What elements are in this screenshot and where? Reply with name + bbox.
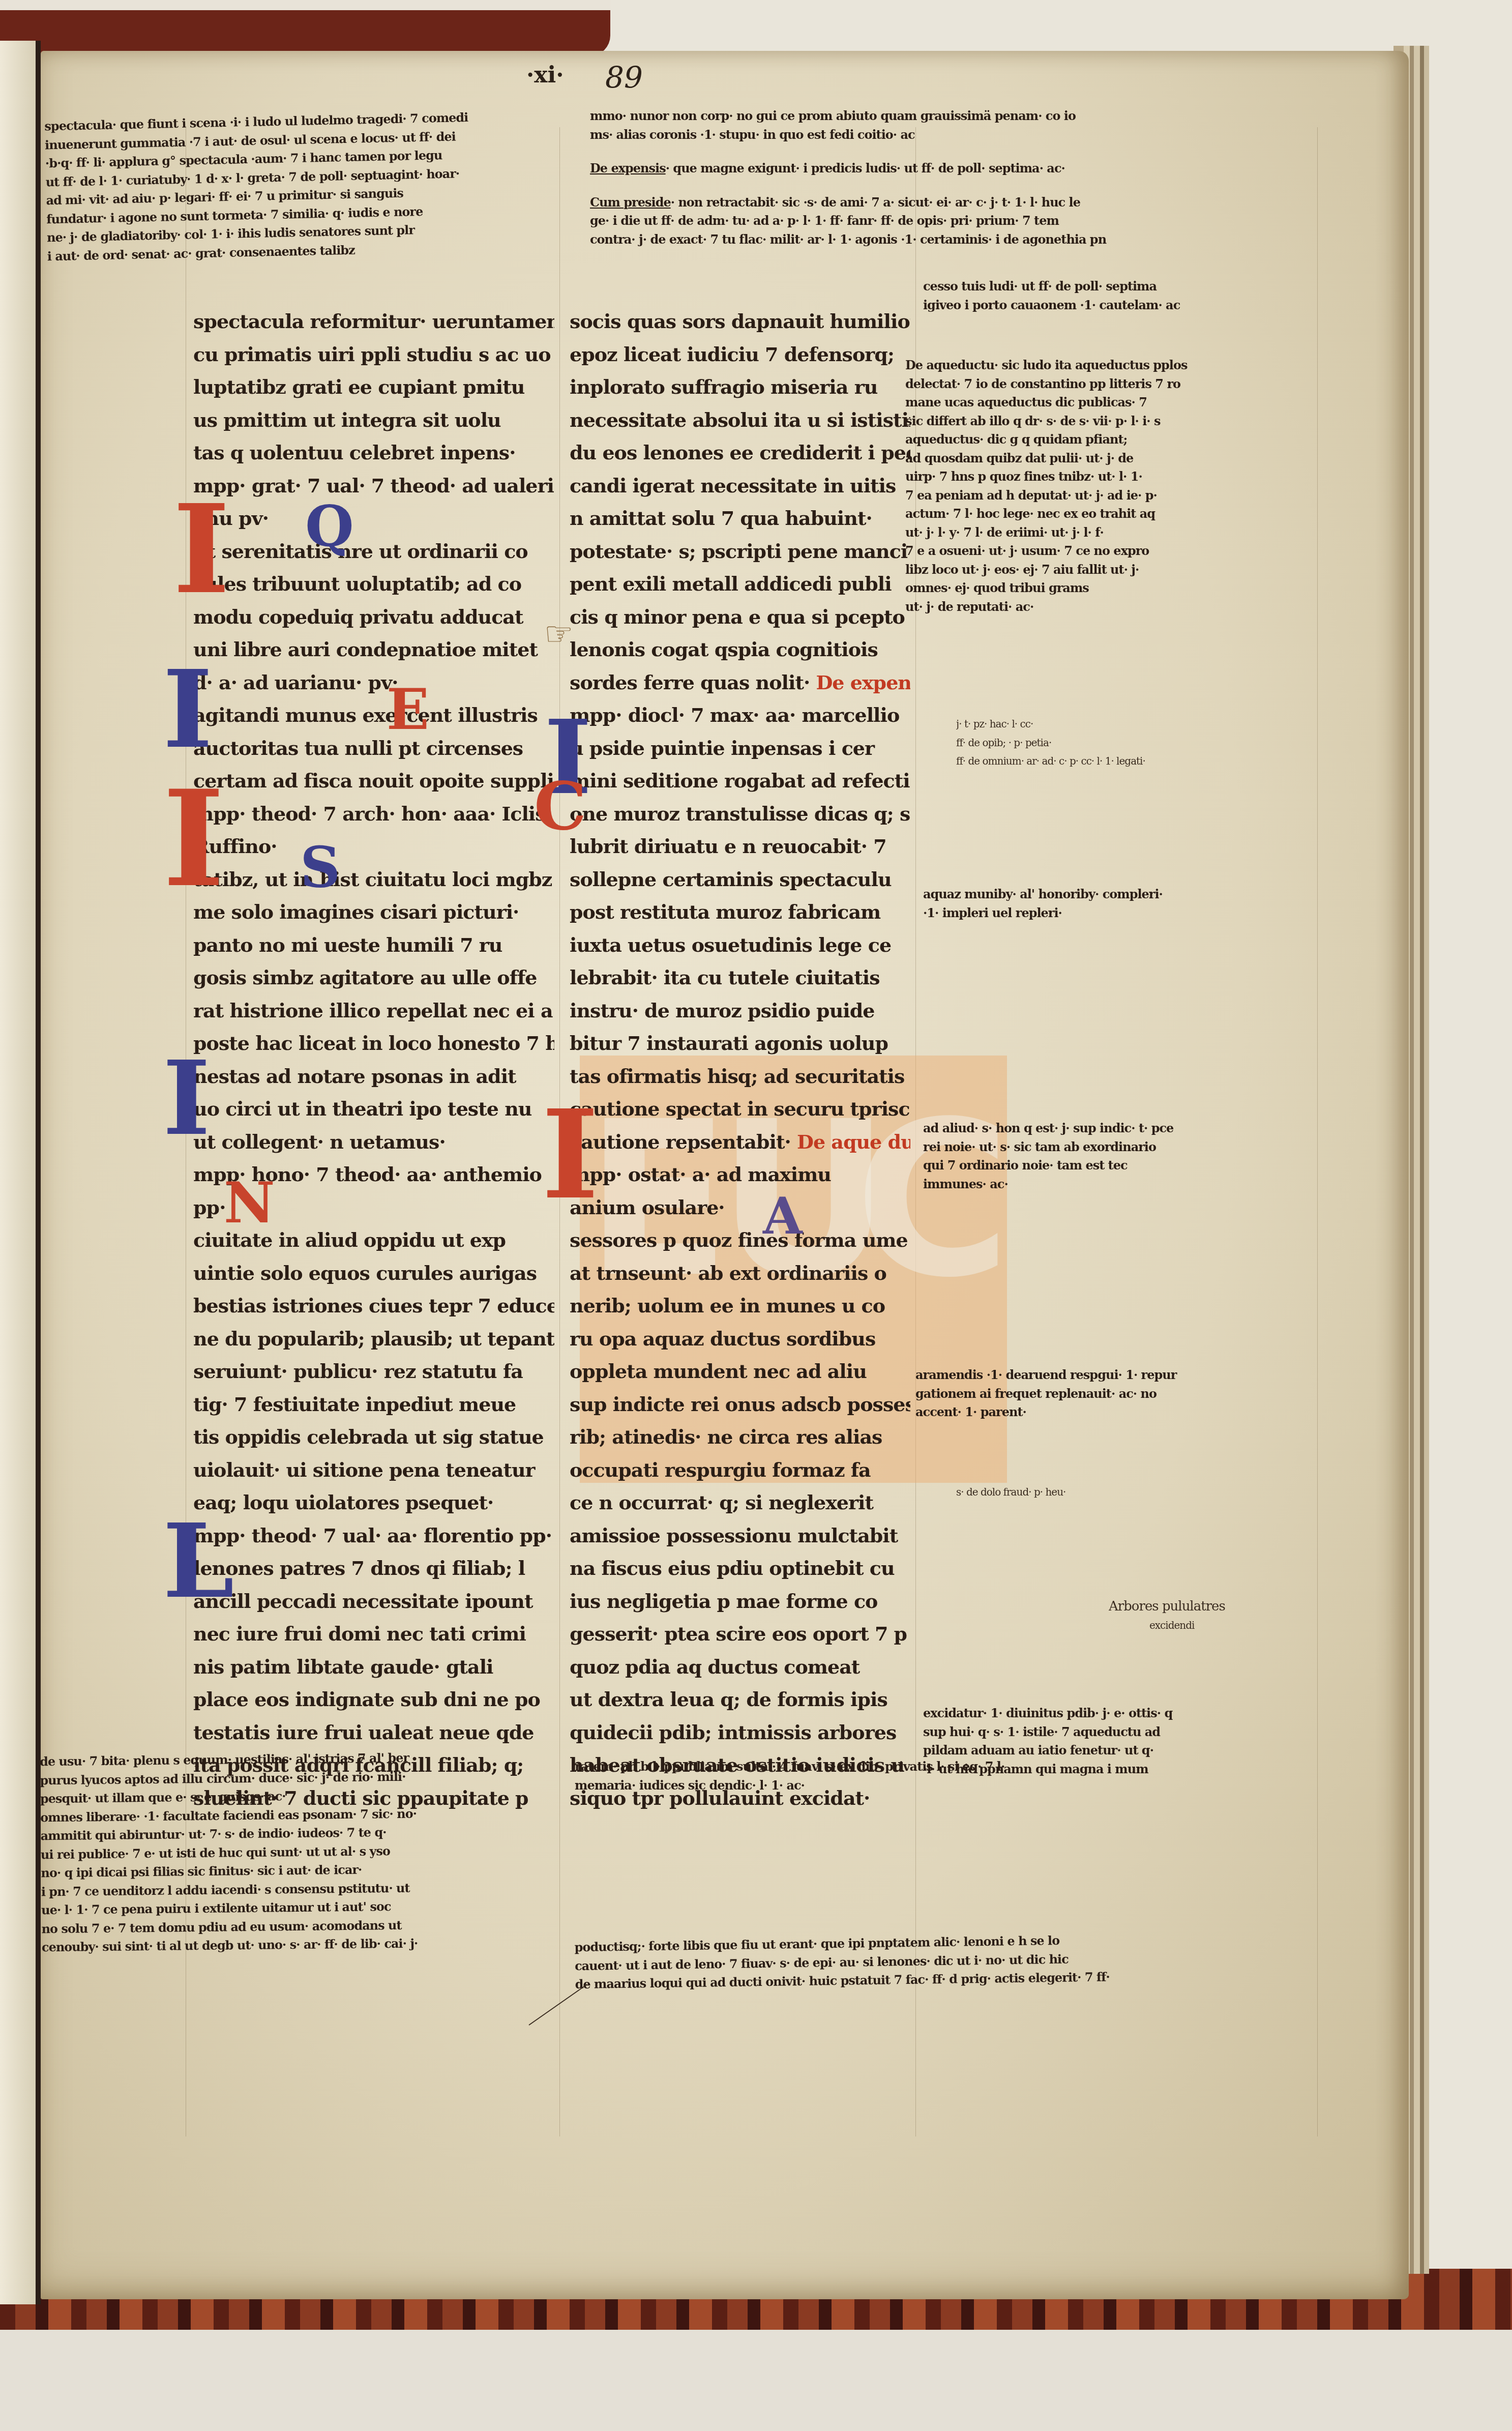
gloss-line: aqueductus· dic g q quidam pfiant;: [905, 430, 1312, 449]
gloss-line: immunes· ac·: [923, 1175, 1320, 1194]
text-line: bitur 7 instaurati agonis uolup: [570, 1027, 910, 1060]
text-line: ne du popularib; plausib; ut tepant: [193, 1323, 554, 1356]
text-line: occupati respurgiu formaz fa: [570, 1454, 910, 1487]
text-line: cautione repsentabit·: [570, 1130, 791, 1153]
text-line: tig· 7 festiuitate inpediut meue: [193, 1388, 554, 1421]
binding-top-edge: [0, 0, 610, 56]
gloss-line: omnes· ej· quod tribui grams: [905, 579, 1312, 598]
note-line: s· de dolo fraud· p· heu·: [956, 1483, 1210, 1502]
text-line: luptatibz grati ee cupiant pmitu: [193, 371, 554, 404]
text-line: necessitate absolui ita u si ististin: [570, 404, 910, 437]
text-line: me solo imagines cisari picturi·: [193, 896, 554, 929]
text-line: Ruffino·: [193, 830, 554, 863]
allegation-line: ff· de opib; · p· petia·: [956, 734, 1261, 752]
initial-i-red-2: I: [163, 773, 225, 905]
gloss-line: ms· alias coronis ·1· stupu· in quo est …: [590, 126, 1353, 144]
gloss-line: aquaz muniby· al' honoriby· compleri·: [923, 885, 1320, 904]
text-line: mpp· grat· 7 ual· 7 theod· ad ualeri: [193, 470, 554, 503]
gloss-line: mane ucas aqueductus dic publicas· 7: [905, 393, 1312, 412]
text-line: gesserit· ptea scire eos oport 7 p: [570, 1618, 910, 1651]
text-line: bestias istriones ciues tepr 7 educe: [193, 1290, 554, 1323]
gloss-line: sic differt ab illo q dr· s· de s· vii· …: [905, 412, 1312, 431]
text-line: mpp· theod· 7 arch· hon· aaa· Iclis: [193, 798, 554, 831]
gloss-line: qui 7 ordinario noie· tam est tec: [923, 1156, 1320, 1175]
text-line: epoz liceat iudiciu 7 defensorq;: [570, 338, 910, 371]
gloss-line: delectat· 7 io de constantino pp litteri…: [905, 375, 1312, 394]
text-line: d· a· ad uarianu· pv·: [193, 666, 554, 699]
text-line: ut collegent· n uetamus·: [193, 1126, 554, 1159]
text-line: anium osulare·: [570, 1191, 910, 1224]
gloss-top-left: spectacula· que fiunt i scena ·i· i ludo…: [44, 107, 551, 266]
text-line: sordes ferre quas nolit·: [570, 671, 810, 694]
initial-c-red: C: [534, 773, 586, 839]
text-line: n amittat solu 7 qua habuint·: [570, 502, 910, 535]
gloss-top-right: mmo· nunor non corp· no gui ce prom abiu…: [590, 107, 1353, 249]
text-line: mpp· diocl· 7 max· aa· marcellio: [570, 699, 910, 732]
text-line: nec iure frui domi nec tati crimi: [193, 1618, 554, 1651]
gloss-line: ge· i die ut ff· de adm· tu· ad a· p· l·…: [590, 212, 1353, 230]
gloss-line: ut· j· l· y· 7 l· de eriimi· ut· j· l· f…: [905, 523, 1312, 542]
text-line: inplorato suffragio miseria ru: [570, 371, 910, 404]
text-line: lebrabit· ita cu tutele ciuitatis: [570, 961, 910, 994]
quire-mark: ·xi·: [526, 62, 564, 88]
gloss-bottom-right: poductisq;· forte libis que fiu ut erant…: [574, 1928, 1312, 1994]
text-line: at trnseunt· ab ext ordinariis o: [570, 1257, 910, 1290]
text-line: cu primatis uiri ppli studiu s ac uo: [193, 338, 554, 371]
text-line: gosis simbz agitatore au ulle offe: [193, 961, 554, 994]
text-line: rib; atinedis· ne circa res alias: [570, 1421, 910, 1454]
text-line: pent exili metall addicedi publi: [570, 568, 910, 601]
text-line: rat histrione illico repellat nec ei a: [193, 994, 554, 1028]
text-line: nis patim libtate gaude· gtali: [193, 1651, 554, 1684]
gloss-line: ut· j· de reputati· ac·: [905, 598, 1312, 617]
text-line: sules tribuunt uoluptatib; ad co: [193, 568, 554, 601]
gloss-right-block-2: De aqueductu· sic ludo ita aqueductus pp…: [905, 356, 1312, 616]
text-line: socis quas sors dapnauit humilior: [570, 305, 910, 338]
main-text-column-left: spectacula reformitur· ueruntamen cu pri…: [193, 305, 554, 1814]
text-line: agitandi munus exercent illustris: [193, 699, 554, 732]
gloss-line: ad aliud· s· hon q est· j· sup indic· t·…: [923, 1119, 1320, 1138]
facing-page-edge: [0, 41, 41, 2304]
text-line: ut dextra leua q; de formis ipis: [570, 1683, 910, 1716]
text-line: seruiunt· publicu· rez statutu fa: [193, 1355, 554, 1388]
text-line: lenones patres 7 dnos qi filiab; l: [193, 1552, 554, 1585]
text-line: sollepne certaminis spectaculu: [570, 863, 910, 896]
text-line: uo circi ut in theatri ipo teste nu: [193, 1093, 554, 1126]
text-line: quoz pdia aq ductus comeat: [570, 1651, 910, 1684]
text-line: tas q uolentuu celebret inpens·: [193, 436, 554, 470]
gloss-lemma: Cum preside: [590, 195, 671, 210]
allegation-line: ff· de omnium· ar· ad· c· p· cc· l· 1· l…: [956, 752, 1261, 771]
initial-n-red: N: [224, 1175, 275, 1231]
gloss-line: De aqueductu· sic ludo ita aqueductus pp…: [905, 356, 1312, 375]
gloss-line: libz loco ut· j· eos· ej· 7 aiu fallit u…: [905, 561, 1312, 579]
text-line: oppleta mundent nec ad aliu: [570, 1355, 910, 1388]
gloss-line: · que magne exigunt· i predicis ludis· u…: [666, 161, 1065, 175]
text-line: testatis iure frui ualeat neue qde: [193, 1716, 554, 1749]
gloss-line: aramendis ·1· dearuend respgui· 1· repur: [915, 1366, 1312, 1385]
text-line: ce n occurrat· q; si neglexerit: [570, 1486, 910, 1519]
text-line: post restituta muroz fabricam: [570, 896, 910, 929]
gloss-bottom-left: de usu· 7 bita· plenu s equum· uestilias…: [40, 1747, 550, 1957]
allegation-line: j· t· pz· hac· l· cc·: [956, 715, 1261, 734]
gloss-right-block-1: cesso tuis ludi· ut ff· de poll· septima…: [923, 277, 1320, 314]
initial-s-blue: S: [300, 839, 340, 895]
initial-i-blue-2: I: [163, 1048, 211, 1150]
text-line: modu copeduiq privatu adducat: [193, 601, 554, 634]
initial-i-blue: I: [163, 656, 213, 763]
text-line: uni libre auri condepnatioe mitet: [193, 633, 554, 666]
gloss-line: contra· j· de exact· 7 tu flac· milit· a…: [590, 230, 1353, 249]
gloss-line: accent· 1· parent·: [915, 1403, 1312, 1422]
gloss-line: uirp· 7 hns p quoz fines tnibz· ut· l· 1…: [905, 467, 1312, 486]
text-line: certam ad fisca nouit opoite suppli: [193, 765, 554, 798]
gloss-note-arbores: Arbores pululatres excidendi: [1109, 1597, 1312, 1634]
gloss-line: 7 ea peniam ad h deputat· ut· j· ad ie· …: [905, 486, 1312, 505]
note-line: excidendi: [1109, 1616, 1312, 1635]
gloss-line: rei noie· ut· s· sic tam ab exordinario: [923, 1138, 1320, 1157]
note-line: Arbores pululatres: [1109, 1597, 1312, 1616]
manicule-icon: ☞: [544, 616, 573, 653]
gloss-line: ad quosdam quibz dat pulii· ut· j· de: [905, 449, 1312, 468]
text-line: auctoritas tua nulli pt circenses: [193, 732, 554, 765]
gloss-line: ·1· impleri uel repleri·: [923, 904, 1320, 923]
text-line: amissioe possessionu mulctabit: [570, 1519, 910, 1553]
text-line: panto no mi ueste humili 7 ru: [193, 929, 554, 962]
gloss-line: 7 e a osueni· ut· j· usum· 7 ce no expro: [905, 542, 1312, 561]
text-line: potestate· s; pscripti pene manci: [570, 535, 910, 568]
text-line: sessores p quoz fines forma ume: [570, 1224, 910, 1257]
text-line: ancill peccadi necessitate ipount: [193, 1585, 554, 1618]
text-line: us pmittim ut integra sit uolu: [193, 404, 554, 437]
text-line: nestas ad notare psonas in adit: [193, 1060, 554, 1093]
text-line: tatibz, ut in hist ciuitatu loci mgbz: [193, 863, 554, 896]
gloss-line: cesso tuis ludi· ut ff· de poll· septima: [923, 277, 1320, 296]
gloss-right-block-5: aramendis ·1· dearuend respgui· 1· repur…: [915, 1366, 1312, 1422]
text-line: na fiscus eius pdiu optinebit cu: [570, 1552, 910, 1585]
gloss-allegations: j· t· pz· hac· l· cc· ff· de opib; · p· …: [956, 715, 1261, 771]
text-line: ut serenitatis nre ut ordinarii co: [193, 535, 554, 568]
rubric-de-expensis: De expensis ludorum: [816, 671, 910, 694]
text-line: mpp· theod· 7 ual· aa· florentio pp·: [193, 1519, 554, 1553]
gloss-bottom-right-top: ratem· ph b l· ppubliaum sultai· 4 fuav·…: [575, 1758, 1312, 1795]
text-line: lenonis cogat qspia cognitiois: [570, 633, 910, 666]
background-surface: [0, 2325, 1512, 2431]
gloss-line: · non retractabit· sic ·s· de ami· 7 a· …: [671, 195, 1080, 210]
gloss-line: sup hui· q· s· 1· istile· 7 aqueductu ad: [923, 1723, 1320, 1742]
main-text-column-middle: socis quas sors dapnauit humilior epoz l…: [570, 305, 910, 1814]
text-line: place eos indignate sub dni ne po: [193, 1683, 554, 1716]
text-line: nerib; uolum ee in munes u co: [570, 1290, 910, 1323]
text-line: mpp· ostat· a· ad maximu: [570, 1158, 910, 1191]
text-line: lubrit diriuatu e n reuocabit· 7: [570, 830, 910, 863]
gloss-right-block-3: aquaz muniby· al' honoriby· compleri· ·1…: [923, 885, 1320, 922]
text-line: mini seditione rogabat ad refecti: [570, 765, 910, 798]
text-line: tas ofirmatis hisq; ad securitatis: [570, 1060, 910, 1093]
text-line: cautione spectat in securu tprisca: [570, 1093, 910, 1126]
initial-q-blue: Q: [305, 499, 354, 554]
text-line: instru· de muroz psidio puide: [570, 994, 910, 1028]
text-line: uintie solo equos curules aurigas: [193, 1257, 554, 1290]
text-line: ru opa aquaz ductus sordibus: [570, 1323, 910, 1356]
initial-i-red: I: [173, 488, 230, 610]
gloss-note-dolo: s· de dolo fraud· p· heu·: [956, 1483, 1210, 1502]
text-line: spectacula reformitur· ueruntamen: [193, 305, 554, 338]
gloss-line: actum· 7 l· hoc lege· nec ex eo trahit a…: [905, 505, 1312, 523]
gloss-line: ratem· ph b l· ppubliaum sultai· 4 fuav·…: [575, 1758, 1312, 1776]
text-line: du eos lenones ee crediderit i pec: [570, 436, 910, 470]
gloss-line: mmo· nunor non corp· no gui ce prom abiu…: [590, 107, 1353, 126]
text-line: ius negligetia p mae forme co: [570, 1585, 910, 1618]
initial-i-red-middle: I: [542, 1094, 599, 1216]
initial-l-blue: L: [163, 1511, 234, 1613]
text-line: cis q minor pena e qua si pcepto: [570, 601, 910, 634]
text-line: tis oppidis celebrada ut sig statue: [193, 1421, 554, 1454]
gloss-line: gationem ai frequet replenauit· ac· no: [915, 1385, 1312, 1403]
folio-number: 89: [605, 60, 643, 95]
text-line: eaq; loqu uiolatores psequet·: [193, 1486, 554, 1519]
rubric-de-aque-ductu: De aque ductu;: [797, 1130, 910, 1153]
text-line: one muroz transtulisse dicas q; si: [570, 798, 910, 831]
manuscript-leaf: ·xi· 89 spectacula· que fiunt i scena ·i…: [41, 51, 1409, 2299]
text-line: sup indicte rei onus adscb possesso: [570, 1388, 910, 1421]
text-line: anu pv·: [193, 502, 554, 535]
text-line: candi igerat necessitate in uitis: [570, 470, 910, 503]
text-line: quidecii pdib; intmissis arbores: [570, 1716, 910, 1749]
text-line: poste hac liceat in loco honesto 7 ho: [193, 1027, 554, 1060]
gloss-connector-line: [528, 1984, 587, 2026]
gloss-line: igiveo i porto cauaonem ·1· cautelam· ac: [923, 296, 1320, 315]
text-line: u pside puintie inpensas i cer: [570, 732, 910, 765]
text-line: uiolauit· ui sitione pena teneatur: [193, 1454, 554, 1487]
text-line: iuxta uetus osuetudinis lege ce: [570, 929, 910, 962]
gloss-right-block-4: ad aliud· s· hon q est· j· sup indic· t·…: [923, 1119, 1320, 1193]
gloss-line: excidatur· 1· diuinitus pdib· j· e· otti…: [923, 1704, 1320, 1723]
gloss-lemma: De expensis: [590, 161, 666, 175]
initial-a-purple: A: [763, 1190, 803, 1241]
gloss-line: memaria· iudices sic dendic· l· 1· ac·: [575, 1776, 1312, 1795]
initial-e-red: E: [387, 682, 429, 738]
